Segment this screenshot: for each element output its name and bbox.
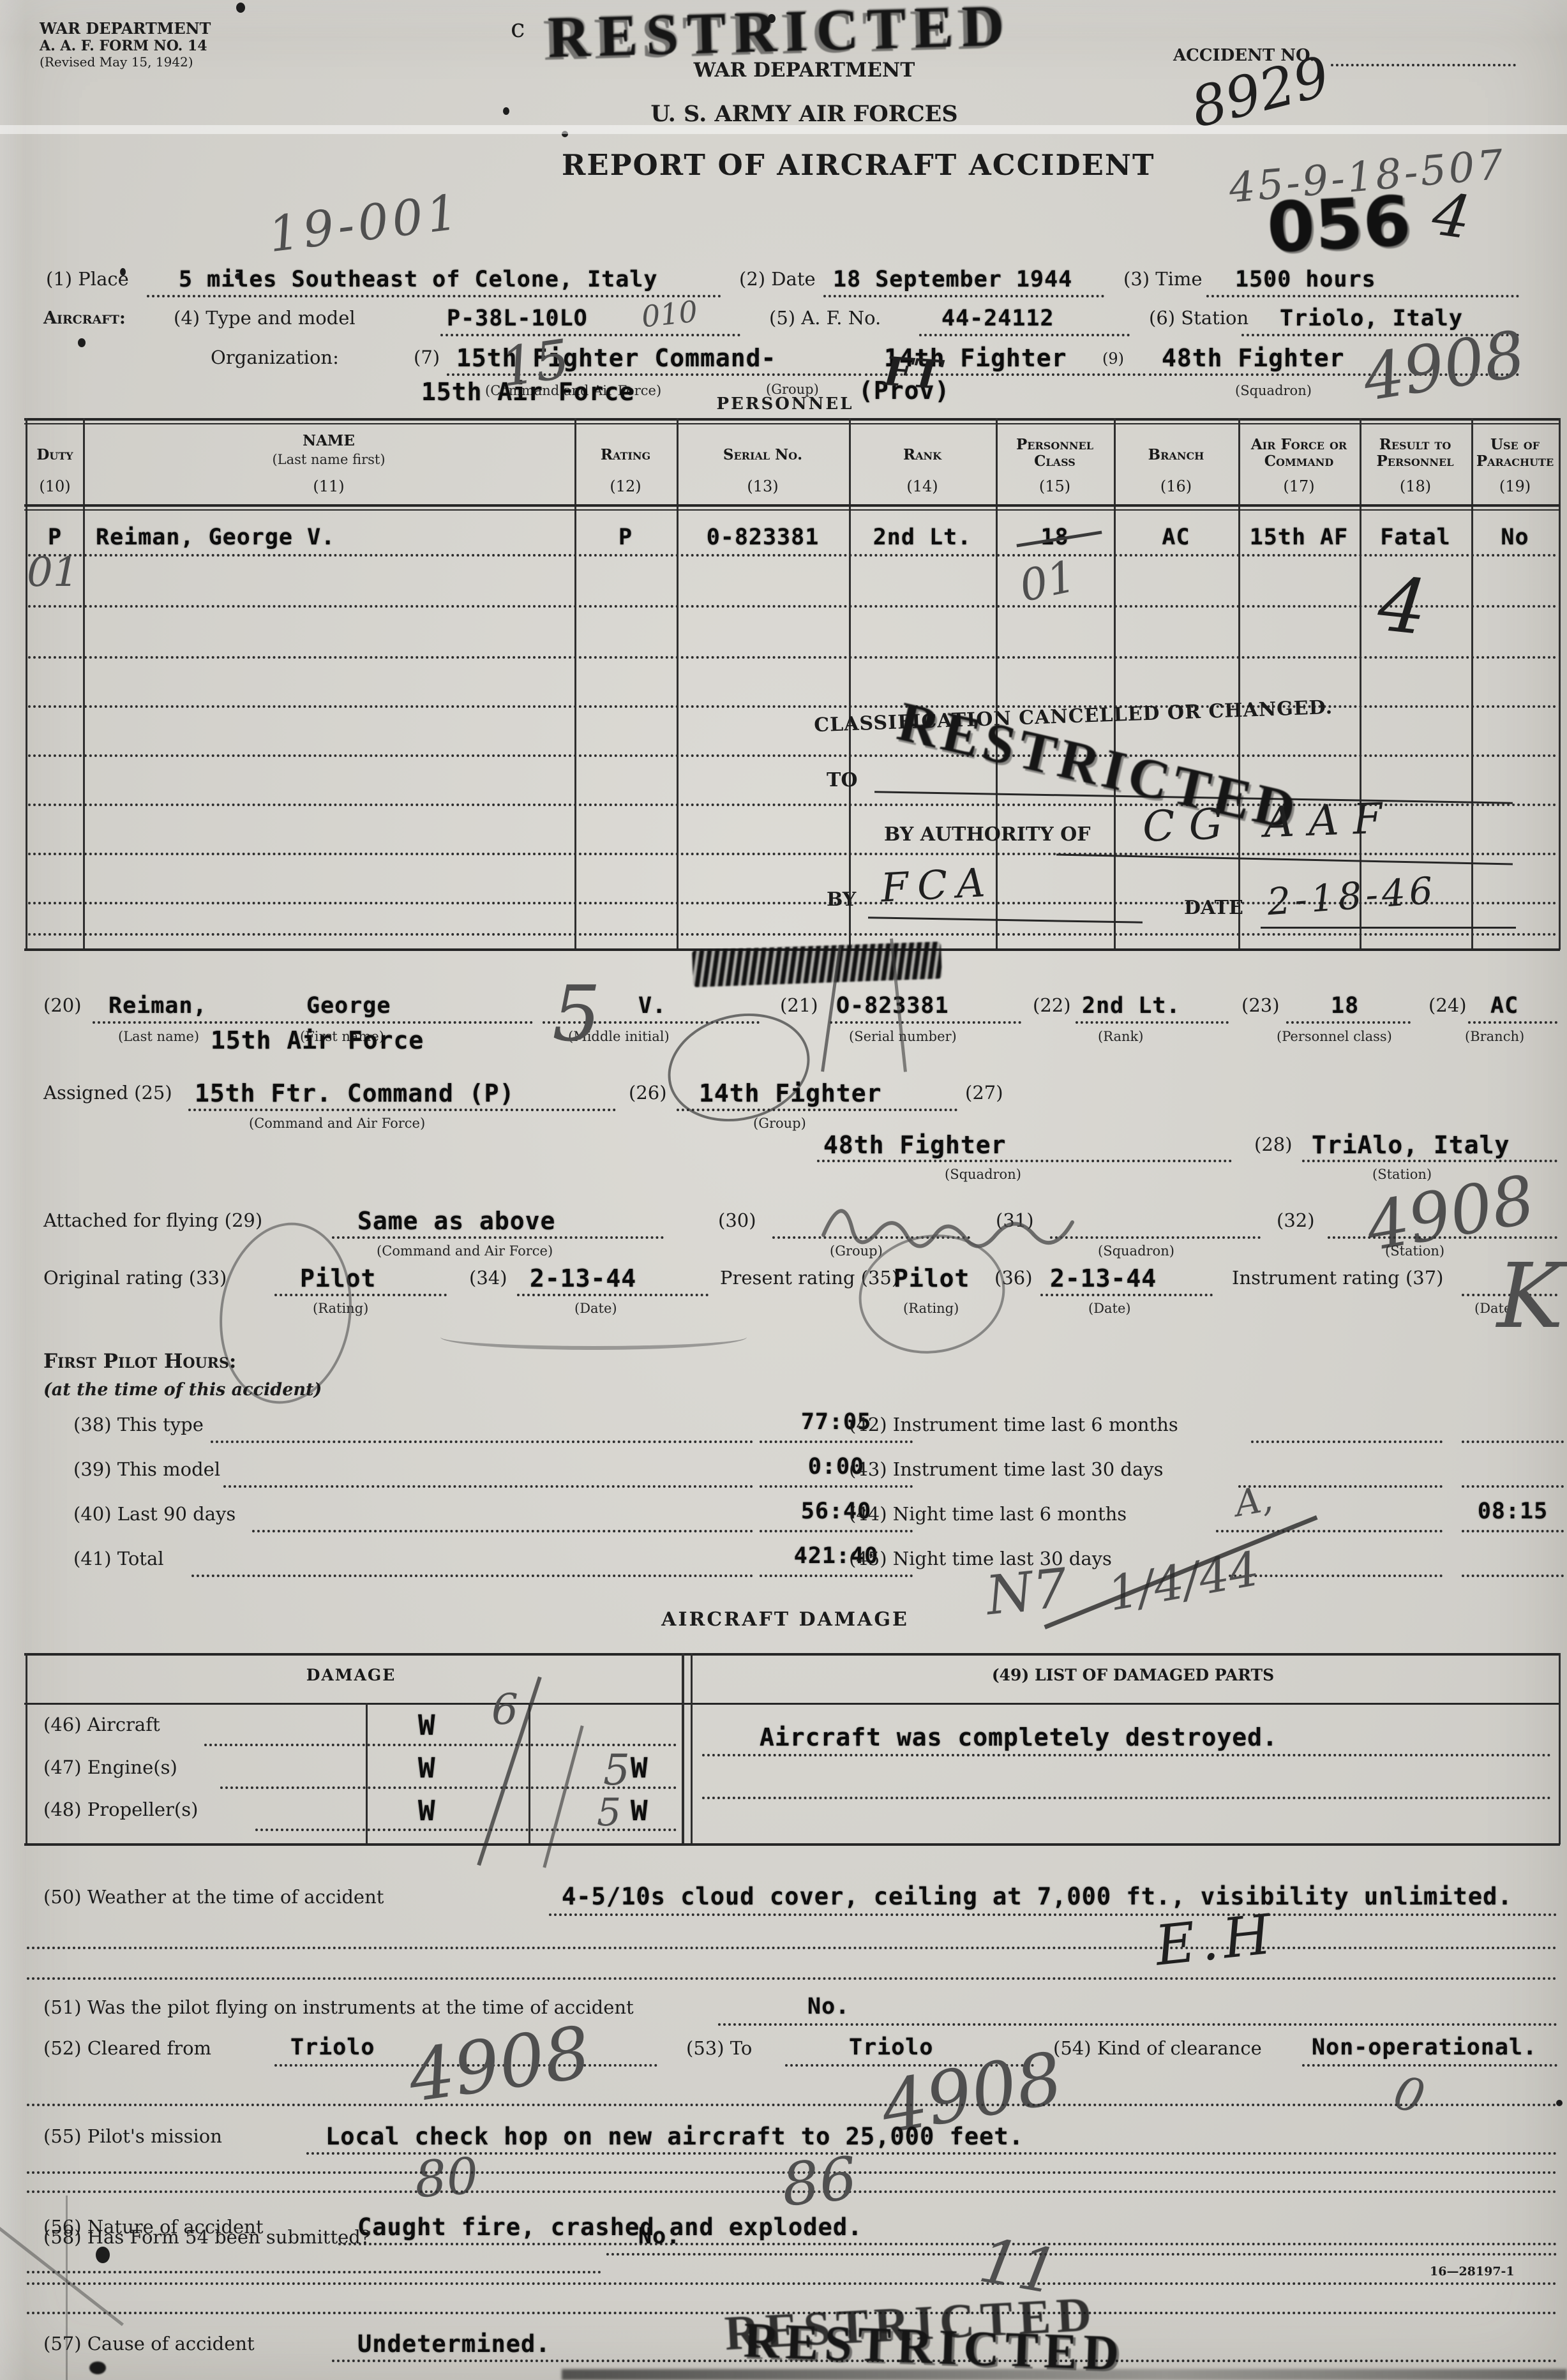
col-header-parachute: Use of Parachute	[1473, 437, 1557, 470]
table-vline	[26, 418, 27, 950]
rule-20a	[93, 1021, 533, 1024]
rule-42v	[1462, 1441, 1564, 1443]
table-row-rule	[28, 656, 1557, 659]
hours-45-label: (45) Night time last 30 days	[849, 1548, 1112, 1569]
rule-27	[817, 1160, 1232, 1162]
col-num: (15)	[996, 477, 1114, 495]
rule-44v	[1462, 1530, 1564, 1532]
org-num7: (7)	[414, 347, 440, 368]
table-row-rule	[28, 853, 1557, 855]
type-rule	[440, 334, 740, 336]
orig-rating-date: 2-13-44	[530, 1264, 636, 1292]
rule-51	[718, 2023, 1557, 2026]
row-air-force: 15th AF	[1238, 525, 1360, 550]
rank-caption: (Rank)	[1098, 1029, 1143, 1044]
damage-vline	[1559, 1653, 1561, 1845]
orig-rating-label: Original rating (33)	[43, 1267, 227, 1289]
case-number-stamp: 056	[1265, 181, 1413, 269]
attached-label: Attached for flying (29)	[43, 1209, 262, 1231]
handwritten-a: A,	[1232, 1478, 1276, 1525]
pilot-branch: AC	[1490, 993, 1518, 1019]
header-department: WAR DEPARTMENT	[689, 59, 919, 82]
row-branch: AC	[1114, 525, 1238, 550]
handwritten-damage-47: 5	[603, 1746, 630, 1795]
num34: (34)	[469, 1267, 507, 1289]
q54-label: (54) Kind of clearance	[1053, 2037, 1262, 2059]
pilot-rank: 2nd Lt.	[1082, 993, 1181, 1019]
rule-39v	[760, 1485, 913, 1488]
q51-value: No.	[807, 1994, 850, 2019]
handwritten-class-01: 01	[1016, 551, 1080, 612]
damage-section-title: AIRCRAFT DAMAGE	[606, 1608, 964, 1631]
rule-45v	[1462, 1575, 1564, 1577]
q51-label: (51) Was the pilot flying on instruments…	[43, 1996, 634, 2018]
damage-46-label: (46) Aircraft	[43, 1714, 160, 1735]
pilot-last-name: Reiman,	[109, 993, 207, 1019]
col-num: (12)	[574, 477, 677, 495]
table-vline	[1114, 418, 1116, 950]
q50-value: 4-5/10s cloud cover, ceiling at 7,000 ft…	[562, 1883, 1513, 1910]
col-header-result: Result to Personnel	[1361, 437, 1469, 470]
present-rating-date: 2-13-44	[1050, 1264, 1157, 1292]
handwritten-0-q54: 0	[1389, 2065, 1430, 2125]
assigned-station: TriAlo, Italy	[1312, 1131, 1510, 1159]
reclass-by-label: BY	[827, 888, 856, 911]
table-header-rule2	[24, 509, 1560, 511]
hours-43-label: (43) Instrument time last 30 days	[849, 1458, 1164, 1480]
damage-bottom-rule	[24, 1843, 1560, 1846]
ink-blob-58	[96, 2247, 110, 2263]
damage-48-marks: W W	[418, 1795, 737, 1827]
num26: (26)	[629, 1082, 667, 1104]
rule-40	[252, 1530, 753, 1532]
place-value: 5 miles Southeast of Celone, Italy	[179, 267, 657, 292]
hours-40-label: (40) Last 90 days	[73, 1503, 236, 1525]
col-header-rank: Rank	[849, 447, 996, 463]
damage-vline	[26, 1653, 27, 1845]
num23: (23)	[1241, 994, 1280, 1016]
q58-value: No.	[638, 2224, 680, 2249]
q54-value: Non-operational.	[1312, 2035, 1537, 2060]
col-num: (17)	[1238, 477, 1360, 495]
table-row-rule	[28, 754, 1557, 757]
rule-26	[677, 1109, 957, 1111]
rule-41	[191, 1575, 753, 1577]
handwritten-k: K	[1497, 1245, 1564, 1349]
time-value: 1500 hours	[1235, 267, 1376, 292]
hours-41-label: (41) Total	[73, 1548, 164, 1569]
attached-caption: (Command and Air Force)	[377, 1243, 553, 1259]
row-rating: P	[574, 525, 677, 550]
rule-41v	[760, 1575, 913, 1577]
rule-55	[306, 2152, 1557, 2155]
damage-47-label: (47) Engine(s)	[43, 1756, 177, 1778]
stamp-prefix-mark: c	[511, 14, 525, 43]
handwritten-duty-01: 01	[27, 549, 79, 596]
col-header-name-sub: (Last name first)	[83, 452, 574, 467]
table-row-rule	[28, 605, 1557, 608]
hours-38-label: (38) This type	[73, 1414, 204, 1435]
rule-52b	[27, 2104, 1557, 2106]
q58-label: (58) Has Form 54 been submitted?	[43, 2226, 370, 2248]
rule-43v	[1462, 1485, 1564, 1488]
q57-value: Undetermined.	[357, 2330, 551, 2358]
time-rule	[1206, 295, 1519, 297]
col-num: (11)	[83, 477, 574, 495]
instr-rating-label: Instrument rating (37)	[1232, 1267, 1444, 1289]
handwritten-86: 86	[779, 2144, 860, 2220]
table-row-rule	[28, 554, 1557, 557]
q53-label: (53) To	[686, 2037, 752, 2059]
assigned-caption: (Command and Air Force)	[249, 1116, 425, 1131]
damage-46-marks: W	[418, 1709, 436, 1742]
num30: (30)	[718, 1209, 756, 1231]
personnel-section-title: PERSONNEL	[702, 394, 868, 414]
q50-label: (50) Weather at the time of accident	[43, 1886, 384, 1908]
row-result: Fatal	[1360, 525, 1471, 550]
handwritten-eh-initials: E.H	[1152, 1902, 1279, 1978]
q53-value: Triolo	[849, 2035, 933, 2060]
col-header-class: Personnel Class	[999, 437, 1111, 470]
damage-top-rule	[24, 1653, 1560, 1656]
col-header-name: NAME	[83, 433, 574, 449]
row-parachute: No	[1471, 525, 1559, 550]
table-vline	[574, 418, 576, 950]
orig-date-caption: (Date)	[574, 1301, 617, 1316]
assigned-value: 15th Ftr. Command (P)	[195, 1079, 514, 1107]
handwritten-ft: FT	[883, 348, 943, 398]
rule-34	[517, 1294, 709, 1296]
handwritten-5-mark: 5	[552, 970, 601, 1059]
col-num: (16)	[1114, 477, 1238, 495]
pilot-middle-initial: V.	[638, 993, 666, 1019]
handwritten-damage-48: 5	[597, 1790, 621, 1835]
rule-45	[1229, 1575, 1443, 1577]
rule-49a	[702, 1754, 1551, 1756]
handwritten-case-19001: 19-001	[266, 183, 465, 263]
hours-44-value: 08:15	[1449, 1499, 1567, 1524]
handwritten-by: FCA	[880, 858, 995, 911]
pencil-strike	[1044, 1515, 1317, 1629]
hours-39-label: (39) This model	[73, 1458, 220, 1480]
hours-title: First Pilot Hours:	[43, 1350, 236, 1373]
rule-29	[332, 1236, 664, 1239]
damage-47-marks: W W	[418, 1752, 737, 1785]
num21: (21)	[780, 994, 818, 1016]
handwritten-date-scrawl: 1/4/44	[1104, 1541, 1263, 1622]
num20: (20)	[43, 994, 82, 1016]
rule-56b	[27, 2282, 1557, 2285]
station-value: Triolo, Italy	[1280, 306, 1463, 331]
rule-54	[1302, 2064, 1557, 2067]
assigned-group-caption: (Group)	[753, 1116, 806, 1131]
table-vline	[1559, 418, 1561, 950]
damage-grid-title: DAMAGE	[191, 1667, 511, 1684]
table-vline	[1360, 418, 1361, 950]
rule-49b	[702, 1797, 1551, 1799]
q55-label: (55) Pilot's mission	[43, 2125, 222, 2147]
rule-50	[549, 1913, 1557, 1916]
paper-speck	[503, 107, 509, 115]
handwritten-authority: CG AAF	[1142, 793, 1397, 851]
hours-44-label: (44) Night time last 6 months	[849, 1503, 1127, 1525]
rule-38v	[760, 1441, 913, 1443]
pilot-first-name: George	[306, 993, 391, 1019]
handwritten-type-suffix: 010	[640, 294, 699, 334]
rule-44	[1216, 1530, 1443, 1532]
attached-value: Same as above	[357, 1207, 555, 1235]
page-title: REPORT OF AIRCRAFT ACCIDENT	[562, 148, 1060, 182]
date-value: 18 September 1944	[833, 267, 1072, 292]
hours-subtitle: (at the time of this accident)	[43, 1380, 322, 1400]
reclass-by-rule	[868, 917, 1143, 924]
damage-vline	[366, 1703, 368, 1845]
org-squadron-caption: (Squadron)	[1235, 383, 1312, 398]
col-header-air-force: Air Force or Command	[1241, 437, 1356, 470]
damage-48-label: (48) Propeller(s)	[43, 1799, 198, 1820]
place-rule	[147, 295, 721, 297]
handwritten-4908-top: 4908	[1358, 317, 1530, 415]
date-rule	[823, 295, 1104, 297]
scanned-accident-report-page: WAR DEPARTMENT A. A. F. FORM NO. 14 (Rev…	[0, 0, 1567, 2380]
col-num: (14)	[849, 477, 996, 495]
col-header-serial: Serial No.	[677, 447, 849, 463]
num24: (24)	[1428, 994, 1467, 1016]
damage-header-rule	[24, 1703, 1560, 1705]
table-vline	[83, 418, 85, 950]
station32-caption: (Station)	[1385, 1243, 1444, 1259]
q52-value: Triolo	[290, 2035, 375, 2060]
table-top-rule2	[24, 423, 1560, 424]
table-vline	[677, 418, 679, 950]
table-top-rule	[24, 418, 1560, 421]
damage-list-value: Aircraft was completely destroyed.	[760, 1723, 1278, 1751]
pilot-af-typed: 15th Air Force	[211, 1026, 424, 1054]
row-name: Reiman, George V.	[96, 525, 335, 550]
branch-caption: (Branch)	[1465, 1029, 1524, 1044]
table-vline	[1471, 418, 1473, 950]
reclass-authority-label: BY AUTHORITY OF	[884, 823, 1091, 846]
col-num: (10)	[27, 477, 83, 495]
table-vline	[1238, 418, 1240, 950]
af-no-value: 44-24112	[941, 306, 1054, 331]
col-header-branch: Branch	[1114, 447, 1238, 463]
af-no-label: (5) A. F. No.	[769, 307, 881, 329]
rule-42	[1251, 1441, 1443, 1443]
rule-40v	[760, 1530, 913, 1532]
organization-label: Organization:	[211, 347, 339, 368]
org-num9: (9)	[1102, 350, 1124, 368]
row-duty: P	[27, 525, 83, 550]
fold-line-vertical	[66, 2196, 68, 2380]
q52-label: (52) Cleared from	[43, 2037, 211, 2059]
accident-no-rule	[1331, 64, 1516, 66]
rule-36	[1040, 1294, 1213, 1296]
paper-speck	[236, 3, 245, 13]
col-header-duty: Duty	[27, 447, 83, 463]
org-squadron-value: 48th Fighter	[1162, 344, 1345, 372]
class-caption: (Personnel class)	[1277, 1029, 1392, 1044]
reclass-to-label: TO	[827, 769, 857, 791]
handwritten-n7: N7	[983, 1557, 1070, 1628]
rule-50b	[27, 1947, 1557, 1949]
handwritten-result-4: 4	[1374, 559, 1431, 652]
last-name-caption: (Last name)	[118, 1029, 199, 1044]
damage-list-title: (49) LIST OF DAMAGED PARTS	[862, 1667, 1404, 1684]
rule-24	[1468, 1021, 1557, 1024]
num27: (27)	[965, 1082, 1003, 1104]
num32: (32)	[1277, 1209, 1315, 1231]
assigned-label: Assigned (25)	[43, 1082, 172, 1104]
handwritten-reclass-date: 2-18-46	[1266, 869, 1438, 924]
rule-56	[338, 2243, 1557, 2245]
rule-23	[1286, 1021, 1411, 1024]
hours-42-label: (42) Instrument time last 6 months	[849, 1414, 1178, 1435]
present-date-caption: (Date)	[1088, 1301, 1131, 1316]
reclass-date-label: DATE	[1184, 897, 1243, 919]
rule-58	[606, 2253, 1557, 2256]
header-service: U. S. ARMY AIR FORCES	[645, 101, 964, 127]
row-rank: 2nd Lt.	[849, 525, 996, 550]
form-office: WAR DEPARTMENT	[40, 19, 211, 38]
assigned-group: 14th Fighter	[699, 1079, 882, 1107]
form-id-block: WAR DEPARTMENT A. A. F. FORM NO. 14 (Rev…	[40, 19, 211, 70]
handwritten-damage-46: 6	[491, 1685, 518, 1734]
num22: (22)	[1033, 994, 1071, 1016]
reclass-authority-rule	[1056, 854, 1513, 865]
date-label: (2) Date	[739, 268, 816, 290]
rule-38	[211, 1441, 753, 1443]
pilot-serial: O-823381	[836, 993, 949, 1019]
type-model-label: (4) Type and model	[174, 307, 356, 329]
print-code: 16—28197-1	[1430, 2264, 1515, 2279]
obliterated-text	[692, 941, 942, 987]
pilot-class: 18	[1331, 993, 1359, 1019]
num28: (28)	[1254, 1134, 1293, 1155]
table-vline	[996, 418, 998, 950]
af-no-rule	[919, 334, 1130, 336]
col-num: (19)	[1471, 477, 1559, 495]
table-vline	[849, 418, 851, 950]
rule-39	[223, 1485, 753, 1488]
q55-value: Local check hop on new aircraft to 25,00…	[326, 2123, 1024, 2150]
col-num: (18)	[1360, 477, 1471, 495]
form-number: A. A. F. FORM NO. 14	[40, 38, 211, 54]
form-revision: (Revised May 15, 1942)	[40, 54, 211, 70]
table-header-rule	[24, 504, 1560, 507]
rule-21	[830, 1021, 1021, 1024]
assigned-squadron: 48th Fighter	[823, 1131, 1007, 1159]
place-label: (1) Place	[46, 268, 129, 290]
rule-50c	[27, 1977, 1557, 1980]
table-row-rule	[28, 933, 1557, 936]
q57-label: (57) Cause of accident	[43, 2333, 255, 2354]
ink-blob	[89, 2361, 106, 2374]
rule-32	[1328, 1236, 1557, 1239]
pencil-swoosh	[440, 1324, 747, 1350]
station-label: (6) Station	[1149, 307, 1248, 329]
reclass-date-rule	[1261, 927, 1516, 929]
row-serial: 0-823381	[677, 525, 849, 550]
time-label: (3) Time	[1123, 268, 1203, 290]
rule-25	[188, 1109, 616, 1111]
type-value: P-38L-10LO	[447, 306, 588, 331]
handwritten-15: 15	[497, 327, 573, 399]
handwritten-80: 80	[413, 2148, 480, 2210]
paper-speck	[78, 338, 86, 347]
aircraft-section-label: Aircraft:	[43, 308, 126, 328]
rule-22	[1076, 1021, 1229, 1024]
col-num: (13)	[677, 477, 849, 495]
handwritten-4908-q52: 4908	[403, 2011, 595, 2118]
rule-58b	[27, 2271, 601, 2273]
col-header-rating: Rating	[574, 447, 677, 463]
